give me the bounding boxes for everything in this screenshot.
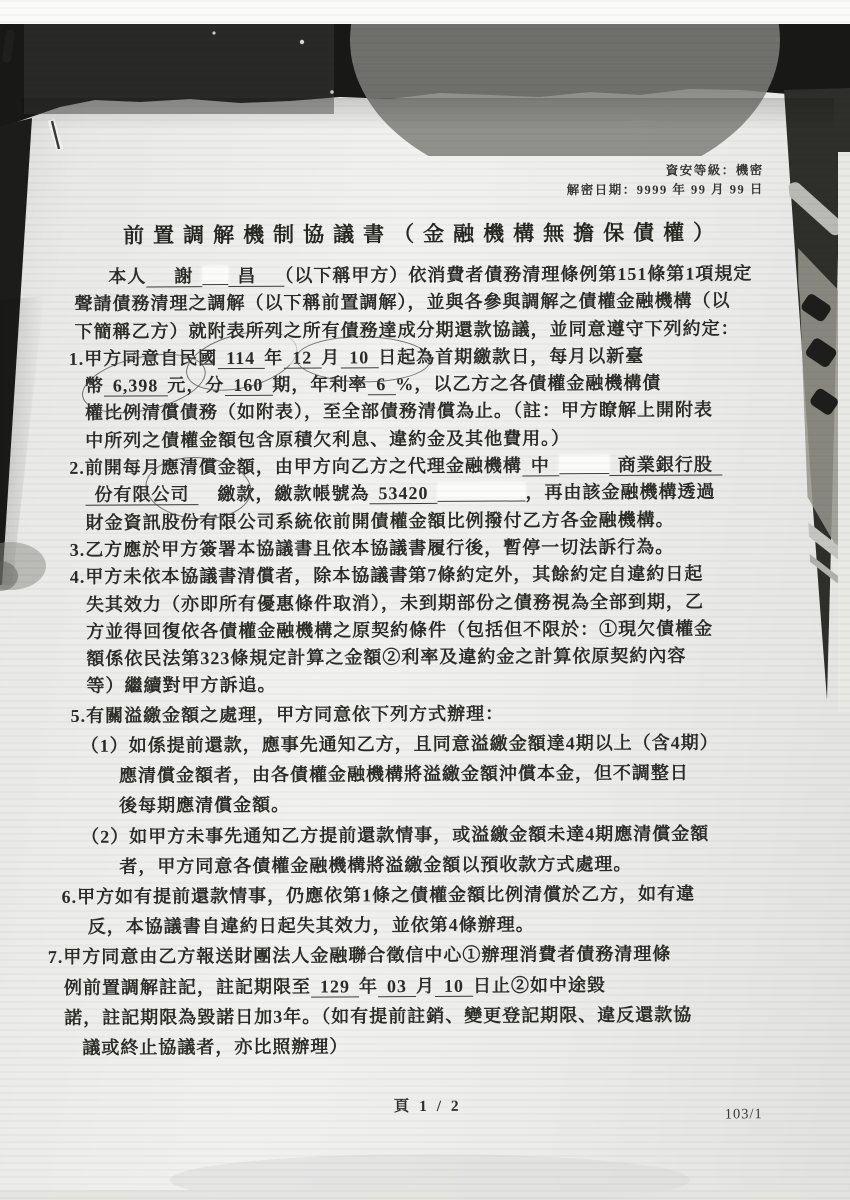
blank-field: 謝 [146,266,202,287]
text-run: 日起為首期繳款日，每月以新臺 [378,346,644,367]
blank-field: 份有限公司 [85,485,198,507]
blank-field: 03 [378,976,416,997]
text-line: 反，本協議書自違約日起失其效力，並依第4條辦理。 [88,908,804,942]
text-run: 議或終止協議者，亦比照辦理） [82,1036,348,1057]
text-line: 6.甲方如有提前還款情事，仍應依第1條之債權金額比例清償於乙方，如有違 [61,878,803,912]
text-line: 方並得回復依各債權金融機構之原契約條件（包括但不限於：①現欠債權金 [86,615,802,646]
document-title: 前置調解機制協議書（金融機構無擔保債權） [0,216,848,250]
text-line: 4.甲方未依本協議書清償者，除本協議書第7條約定外，其餘約定自違約日起 [70,560,802,591]
text-line: 額係依民法第323條規定計算之金額②利率及違約金之計算依原契約內容 [86,642,802,673]
text-run: （以下稱甲方）依消費者債務清理條例第151條第1項規定 [284,263,752,285]
text-line: 幣6,398元，分160期，年利率6%，以乙方之各債權金融機構債 [85,369,801,400]
text-line: 後每期應清償金額。 [119,787,803,821]
text-run: 4.甲方未依本協議書清償者，除本協議書第7條約定外，其餘約定自違約日起 [70,564,704,587]
text-line: （1）如係提前還款，應事先通知乙方，且同意溢繳金額達4期以上（含4期） [81,727,803,761]
document-body: 本人 謝昌 （以下稱甲方）依消費者債務清理條例第151條第1項規定聲請債務清理之… [48,260,804,1063]
text-run: 期，年利率 [272,374,367,394]
blank-field: 6 [367,374,395,395]
text-line: 3.乙方應於甲方簽署本協議書且依本協議書履行後，暫停一切法訴行為。 [70,533,802,564]
blank-field: 53420 [369,483,437,504]
text-run: 者，甲方同意各債權金融機構將溢繳金額以預收款方式處理。 [119,854,632,877]
text-run: 諾，註記期限為毀諾日加3年。（如有提前註銷、變更登記期限、違反還款協 [64,1004,692,1027]
text-run: 日止②如中途毀 [473,975,606,996]
photo-backdrop: 資安等級：機密 解密日期：9999 年 99 月 99 日 前置調解機制協議書（… [0,0,850,1200]
text-line: 1.甲方同意自民國114年12月10日起為首期繳款日，每月以新臺 [69,342,801,373]
text-run: 年 [359,976,378,996]
text-line: 財金資訊股份有限公司系統依前開債權金額比例撥付乙方各金融機構。 [86,506,802,537]
text-run: 後每期應清償金額。 [119,795,290,816]
text-line: 5.有關溢繳金額之處理，甲方同意依下列方式辦理： [71,697,803,731]
text-run: 反，本協議書自違約日起失其效力，並依第4條辦理。 [88,915,535,937]
text-line: 本人 謝昌 （以下稱甲方）依消費者債務清理條例第151條第1項規定 [48,260,800,291]
text-run: 權比例清償債務（如附表），至全部債務清償為止。（註：甲方瞭解上開附表 [85,400,713,423]
redaction-box [202,266,228,285]
text-line: 份有限公司 繳款，繳款帳號為53420，再由該金融機構透過 [85,478,801,509]
text-line: 下簡稱乙方）就附表所列之所有債務達成分期還款協議，並同意遵守下列約定： [75,315,801,346]
text-line: 者，甲方同意各債權金融機構將溢繳金額以預收款方式處理。 [119,848,803,882]
security-classification: 資安等級：機密 解密日期：9999 年 99 月 99 日 [398,161,764,201]
text-run: 繳款，繳款帳號為 [198,484,369,505]
text-line: 2.前開每月應清償金額，由甲方向乙方之代理金融機構中商業銀行股 [69,451,801,482]
form-code: 103/1 [725,1106,763,1123]
text-run: 7.甲方同意由乙方報送財團法人金融聯合徵信中心①辦理消費者債務清理條 [48,944,672,967]
text-line: 權比例清償債務（如附表），至全部債務清償為止。（註：甲方瞭解上開附表 [85,397,801,428]
blank-field: 10 [435,975,473,996]
blank-field: 10 [340,347,378,368]
text-line: 諾，註記期限為毀諾日加3年。（如有提前註銷、變更登記期限、違反還款協 [64,999,804,1033]
text-line: 中所列之債權金額包含原積欠利息、違約金及其他費用。） [85,424,801,455]
blank-field: 129 [311,976,359,997]
text-run: 幣 [85,376,104,396]
text-run: 財金資訊股份有限公司系統依前開債權金額比例撥付乙方各金融機構。 [86,509,675,532]
text-run: 1.甲方同意自民國 [69,348,218,369]
text-line: 應清償金額者，由各債權金融機構將溢繳金額沖償本金，但不調整日 [119,757,803,791]
text-run: %，以乙方之各債權金融機構債 [395,373,661,394]
text-line: （2）如甲方未事先通知乙方提前還款情事，或溢繳金額未達4期應清償金額 [81,818,803,852]
text-line: 7.甲方同意由乙方報送財團法人金融聯合徵信中心①辦理消費者債務清理條 [48,938,804,972]
text-run: 方並得回復依各債權金融機構之原契約條件（包括但不限於：①現欠債權金 [86,618,713,641]
text-run: 2.前開每月應清償金額，由甲方向乙方之代理金融機構 [69,456,522,478]
text-run: 額係依民法第323條規定計算之金額②利率及違約金之計算依原契約內容 [86,646,686,669]
text-run: 下簡稱乙方）就附表所列之所有債務達成分期還款協議，並同意遵守下列約定： [75,318,740,341]
text-line: 議或終止協議者，亦比照辦理） [82,1029,804,1063]
redaction-box [559,455,609,475]
text-run: 聲請債務清理之調解（以下稱前置調解），並與各參與調解之債權金融機構（以 [74,291,730,314]
blank-field: 12 [283,347,321,368]
blank-field: 商業銀行股 [609,455,722,477]
page-number: 頁 1 / 2 [3,1092,850,1118]
text-run: 失其效力（亦即所有優惠條件取消），未到期部份之債務視為全部到期，乙 [86,591,704,614]
blank-field: 6,398 [104,376,168,397]
text-line: 等）繼續對甲方訴追。 [86,669,802,700]
text-run: 年 [264,348,283,368]
blank-field: 中 [522,455,559,476]
classification-level: 資安等級：機密 [398,161,764,182]
text-run: （2）如甲方未事先通知乙方提前還款情事，或溢繳金額未達4期應清償金額 [81,823,709,846]
text-run: 6.甲方如有提前還款情事，仍應依第1條之債權金額比例清償於乙方，如有違 [61,884,695,907]
redaction-box [437,482,525,502]
text-run: 等）繼續對甲方訴追。 [86,675,276,696]
text-run: 應清償金額者，由各債權金融機構將溢繳金額沖償本金，但不調整日 [119,763,689,786]
text-run: ，再由該金融機構透過 [525,482,715,503]
text-run: 3.乙方應於甲方簽署本協議書且依本協議書履行後，暫停一切法訴行為。 [70,537,675,560]
text-run: 元，分 [167,375,224,395]
blank-field: 160 [224,375,272,396]
text-run: 月 [321,347,340,367]
text-line: 聲請債務清理之調解（以下稱前置調解），並與各參與調解之債權金融機構（以 [74,287,800,318]
text-run: 本人 [108,266,146,286]
text-run: 5.有關溢繳金額之處理，甲方同意依下列方式辦理： [71,703,505,725]
declassification-date: 解密日期：9999 年 99 月 99 日 [398,180,764,201]
text-run: （1）如係提前還款，應事先通知乙方，且同意溢繳金額達4期以上（含4期） [81,732,719,755]
text-line: 例前置調解註記，註記期限至129年03月10日止②如中途毀 [64,969,804,1003]
text-run: 月 [416,976,435,996]
scanned-agreement-photo: { "colors":{"background_dark":"#181816",… [0,0,850,1200]
document-page: 資安等級：機密 解密日期：9999 年 99 月 99 日 前置調解機制協議書（… [0,0,850,1200]
blank-field: 114 [217,348,264,369]
text-run: 例前置調解註記，註記期限至 [64,976,311,997]
text-run: 中所列之債權金額包含原積欠利息、違約金及其他費用。） [85,428,570,451]
text-line: 失其效力（亦即所有優惠條件取消），未到期部份之債務視為全部到期，乙 [86,588,802,619]
blank-field: 昌 [228,266,284,287]
